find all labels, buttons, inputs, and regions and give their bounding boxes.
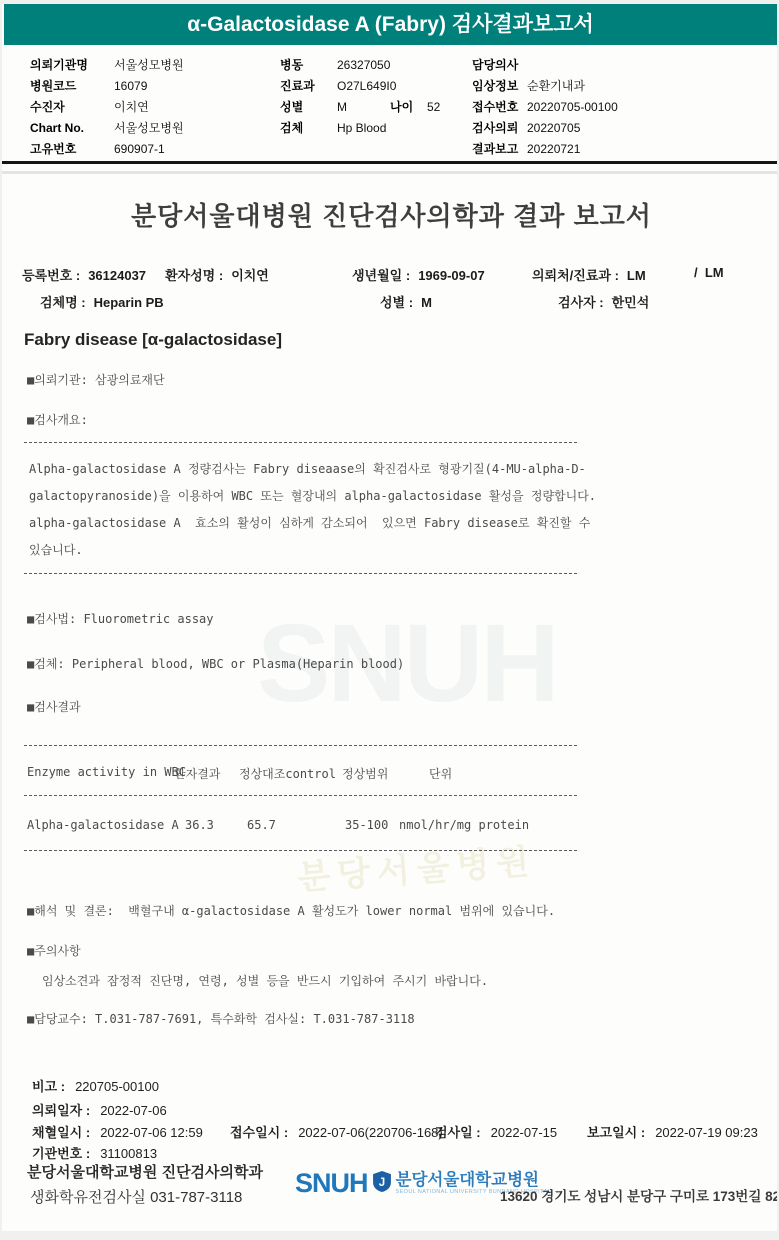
field-value: 이치연: [231, 268, 269, 283]
table-header-cell: Enzyme activity in WBC: [27, 765, 186, 779]
method-line: ■검사법: Fluorometric assay: [27, 610, 214, 627]
snuh-shield-icon: J: [373, 1171, 391, 1197]
field-value: 2022-07-19 09:23: [655, 1125, 758, 1140]
result-label: ■검사결과: [27, 698, 81, 715]
field-value: 690907-1: [114, 142, 165, 156]
field-value: 서울성모병원: [114, 56, 184, 73]
field-label: 성별: [280, 98, 337, 115]
field-value: 1969-09-07: [418, 268, 485, 283]
field-label: 접수일시 :: [230, 1125, 288, 1140]
contact-line: ■담당교수: T.031-787-7691, 특수화학 검사실: T.031-7…: [27, 1010, 415, 1027]
table-cell-unit: nmol/hr/mg protein: [399, 818, 529, 832]
field-label: 병동: [280, 56, 337, 73]
field-value: 이치연: [114, 98, 149, 115]
report-date-field: 보고일시 :2022-07-19 09:23: [587, 1122, 758, 1141]
field-value: M: [421, 295, 432, 310]
field-value: 2022-07-06: [100, 1103, 167, 1118]
field-label: 검사일 :: [435, 1125, 481, 1140]
test-section-heading: Fabry disease [α-galactosidase]: [24, 330, 282, 350]
receipt-date-field: 접수일시 :2022-07-06(220706-168): [230, 1122, 443, 1141]
caution-label: ■주의사항: [27, 942, 81, 959]
dashed-divider: [24, 573, 577, 574]
emr-column-left: 의뢰기관명서울성모병원 병원코드16079 수진자이치연 Chart No.서울…: [30, 54, 184, 159]
patient-examiner-field: 검사자 :한민석: [558, 292, 649, 311]
client-line: ■의뢰기관: 삼광의료재단: [27, 371, 165, 388]
field-label: 채혈일시 :: [32, 1125, 90, 1140]
patient-dept2-value: / LM: [694, 265, 724, 280]
field-label: 기관번호 :: [32, 1146, 90, 1161]
bottom-frame-strip: [2, 1231, 779, 1240]
collect-date-field: 채혈일시 :2022-07-06 12:59: [32, 1122, 203, 1141]
field-label: 결과보고: [472, 140, 527, 157]
org-number-field: 기관번호 :31100813: [32, 1143, 157, 1162]
field-value: 20220721: [527, 142, 580, 156]
overview-label: ■검사개요:: [27, 411, 88, 428]
field-label: 성별 :: [380, 295, 413, 310]
field-label: 담당의사: [472, 56, 527, 73]
field-value: 220705-00100: [75, 1079, 159, 1094]
field-label: 임상정보: [472, 77, 527, 94]
emr-field: 진료과O27L649I0: [280, 75, 440, 96]
field-label: 의뢰기관명: [30, 56, 114, 73]
field-value: LM: [627, 268, 646, 283]
age-value: 52: [427, 100, 440, 114]
table-cell-control: 65.7: [247, 818, 276, 832]
emr-field: 성별M나이52: [280, 96, 440, 117]
field-label: Chart No.: [30, 121, 114, 135]
field-label: 검체명 :: [40, 295, 86, 310]
field-label: 생년월일 :: [352, 268, 410, 283]
overview-paragraph-line: galactopyranoside)을 이용하여 WBC 또는 혈장내의 alp…: [29, 487, 596, 504]
field-label: 수진자: [30, 98, 114, 115]
overview-paragraph-line: alpha-galactosidase A 효소의 활성이 심하게 감소되어 있…: [29, 514, 590, 531]
field-value: 20220705: [527, 121, 580, 135]
caution-text: 임상소견과 잠정적 진단명, 연령, 성별 등을 반드시 기입하여 주시기 바랍…: [42, 972, 488, 989]
patient-dept-field: 의뢰처/진료과 :LM: [532, 265, 646, 284]
scan-edge-line: [2, 171, 779, 174]
lab-report-page: α-Galactosidase A (Fabry) 검사결과보고서 의뢰기관명서…: [0, 0, 779, 1240]
field-label: 고유번호: [30, 140, 114, 157]
dashed-divider: [24, 442, 577, 443]
field-label: 환자성명 :: [165, 268, 223, 283]
field-value: 26327050: [337, 58, 390, 72]
field-value: M: [337, 100, 390, 114]
dashed-divider: [24, 850, 577, 851]
specimen-line: ■검체: Peripheral blood, WBC or Plasma(Hep…: [27, 655, 404, 672]
report-banner-title: α-Galactosidase A (Fabry) 검사결과보고서: [4, 4, 777, 45]
interpretation-line: ■해석 및 결론: 백혈구내 α-galactosidase A 활성도가 lo…: [27, 902, 555, 919]
field-label: 등록번호 :: [22, 268, 80, 283]
report-title: 분당서울대병원 진단검사의학과 결과 보고서: [2, 196, 779, 233]
field-value: 31100813: [100, 1146, 157, 1161]
header-separator-line: [2, 161, 779, 164]
request-date-field: 의뢰일자 :2022-07-06: [32, 1100, 167, 1119]
table-cell-normal-range: 35-100: [345, 818, 388, 832]
emr-field: 고유번호690907-1: [30, 138, 184, 159]
emr-column-middle: 병동26327050 진료과O27L649I0 성별M나이52 검체Hp Blo…: [280, 54, 440, 138]
field-label: 검사자 :: [558, 295, 604, 310]
table-header-cell: 환자결과: [174, 765, 220, 782]
field-label: 접수번호: [472, 98, 527, 115]
field-label: 의뢰일자 :: [32, 1103, 90, 1118]
field-label: 보고일시 :: [587, 1125, 645, 1140]
patient-name-field: 환자성명 :이치연: [165, 265, 269, 284]
table-header-cell: 단위: [429, 765, 452, 782]
hospital-seal-watermark: 분당서울병원: [296, 834, 538, 900]
svg-text:J: J: [378, 1177, 384, 1189]
department-line: 분당서울대학교병원 진단검사의학과: [27, 1161, 263, 1182]
emr-field: 병동26327050: [280, 54, 440, 75]
field-value: 한민석: [612, 295, 650, 310]
field-value: O27L649I0: [337, 79, 396, 93]
emr-column-right: 담당의사 임상정보순환기내과 접수번호20220705-00100 검사의뢰20…: [472, 54, 618, 159]
field-label: 검사의뢰: [472, 119, 527, 136]
snuh-logo-text: SNUH: [295, 1168, 368, 1199]
emr-field: Chart No.서울성모병원: [30, 117, 184, 138]
field-value: 2022-07-15: [491, 1125, 558, 1140]
table-header-cell: 정상대조control: [239, 765, 336, 782]
field-value: 16079: [114, 79, 147, 93]
hospital-address: 13620 경기도 성남시 분당구 구미로 173번길 82: [500, 1185, 779, 1205]
emr-field: 검사의뢰20220705: [472, 117, 618, 138]
test-date-field: 검사일 :2022-07-15: [435, 1122, 557, 1141]
patient-reg-field: 등록번호 :36124037: [22, 265, 146, 284]
age-label: 나이: [390, 98, 427, 115]
field-label: 비고 :: [32, 1079, 65, 1094]
patient-specimen-field: 검체명 :Heparin PB: [40, 292, 164, 311]
dashed-divider: [24, 745, 577, 746]
field-label: 병원코드: [30, 77, 114, 94]
field-value: 36124037: [88, 268, 146, 283]
emr-field: 임상정보순환기내과: [472, 75, 618, 96]
lab-contact-line: 생화학유전검사실 031-787-3118: [30, 1186, 242, 1207]
field-value: 20220705-00100: [527, 100, 618, 114]
emr-field: 병원코드16079: [30, 75, 184, 96]
field-label: 검체: [280, 119, 337, 136]
dashed-divider: [24, 795, 577, 796]
overview-paragraph-line: Alpha-galactosidase A 정량검사는 Fabry diseaa…: [29, 460, 586, 477]
field-value: Hp Blood: [337, 121, 386, 135]
patient-birth-field: 생년월일 :1969-09-07: [352, 265, 485, 284]
field-label: 진료과: [280, 77, 337, 94]
emr-field: 수진자이치연: [30, 96, 184, 117]
emr-field: 접수번호20220705-00100: [472, 96, 618, 117]
emr-field: 결과보고20220721: [472, 138, 618, 159]
table-cell-patient-result: 36.3: [185, 818, 214, 832]
field-label: 의뢰처/진료과 :: [532, 268, 619, 283]
field-value: Heparin PB: [94, 295, 164, 310]
table-header-cell: 정상범위: [342, 765, 388, 782]
field-value: 순환기내과: [527, 77, 585, 94]
table-cell-test-name: Alpha-galactosidase A: [27, 818, 179, 832]
patient-sex-field: 성별 :M: [380, 292, 432, 311]
field-value: 2022-07-06 12:59: [100, 1125, 203, 1140]
emr-field: 의뢰기관명서울성모병원: [30, 54, 184, 75]
note-field: 비고 :220705-00100: [32, 1076, 159, 1095]
emr-field: 담당의사: [472, 54, 618, 75]
overview-paragraph-line: 있습니다.: [29, 541, 83, 558]
field-value: 서울성모병원: [114, 119, 184, 136]
emr-field: 검체Hp Blood: [280, 117, 440, 138]
field-value: 2022-07-06(220706-168): [298, 1125, 443, 1140]
